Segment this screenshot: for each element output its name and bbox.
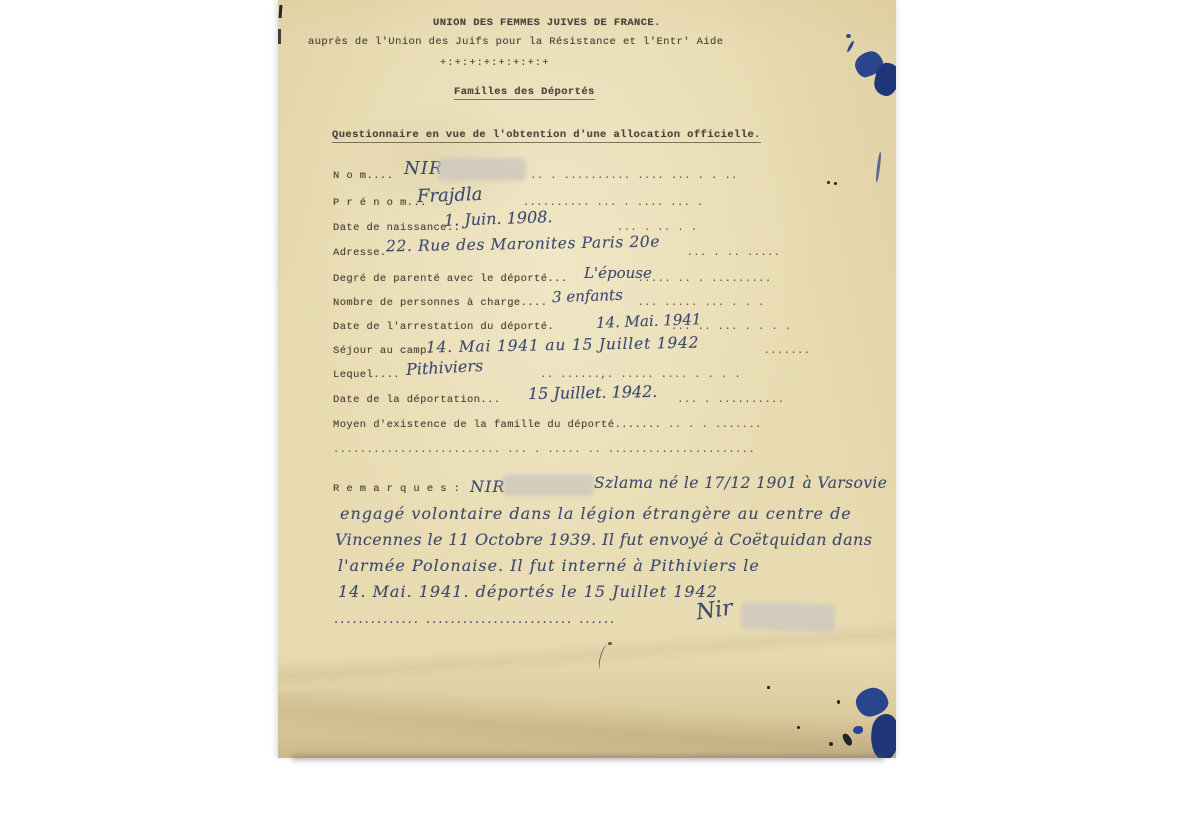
handwritten-deportation: 15 Juillet. 1942.: [528, 382, 658, 403]
handwritten-prenom: Frajdla: [417, 184, 483, 207]
handwritten-remarks-name: NIR: [470, 477, 505, 496]
redaction-signature: [744, 604, 833, 629]
field-row-lequel: Lequel...... ......,. ..... .... . . . .: [333, 369, 741, 381]
ink-dot: [608, 642, 612, 645]
ink-dot: [827, 181, 830, 184]
field-row-moyen: Moyen d'existence de la famille du dépor…: [333, 419, 762, 431]
handwritten-remarks-line5: 14. Mai. 1941. déportés le 15 Juillet 19…: [338, 582, 718, 601]
handwritten-dots-line: .............. ........................ …: [334, 612, 616, 627]
handwritten-charge: 3 enfants: [552, 286, 623, 306]
org-name-line2: auprès de l'Union des Juifs pour la Rési…: [308, 36, 723, 48]
signature: Nir: [694, 596, 734, 626]
ink-dot: [767, 686, 770, 689]
ink-dot: [829, 742, 833, 746]
edge-mark: [279, 5, 283, 18]
handwritten-remarks-line2: engagé volontaire dans la légion étrangè…: [340, 504, 852, 523]
field-row-blank-dots: ......................... ... . ..... ..…: [333, 444, 755, 456]
document-paper-sheet: UNION DES FEMMES JUIVES DE FRANCE. auprè…: [278, 0, 896, 758]
ink-dot: [837, 700, 840, 704]
ink-dot: [834, 182, 837, 185]
divider-ornament: +:+:+:+:+:+:+:+: [440, 57, 550, 69]
handwritten-parente: L'épouse: [584, 264, 652, 282]
edge-mark: [278, 29, 281, 44]
handwritten-arrestation: 14. Mai. 1941: [596, 310, 702, 332]
scanned-document-page: { "header": { "org_line1": "UNION DES FE…: [0, 0, 1180, 816]
handwritten-remarks-line4: l'armée Polonaise. Il fut interné à Pith…: [338, 556, 760, 575]
field-row-parente: Degré de parenté avec le déporté........…: [333, 273, 772, 285]
handwritten-naissance: 1. Juin. 1908.: [444, 207, 553, 230]
ink-blot: [846, 34, 851, 38]
ink-blot: [853, 726, 863, 734]
paper-crease: [278, 690, 896, 758]
document-title: Familles des Déportés: [454, 86, 595, 98]
document-subtitle: Questionnaire en vue de l'obtention d'un…: [332, 129, 761, 141]
org-name-line1: UNION DES FEMMES JUIVES DE FRANCE.: [433, 17, 661, 29]
ink-blot: [846, 40, 855, 53]
handwritten-lequel: Pithiviers: [406, 356, 484, 379]
handwritten-remarks-line3: Vincennes le 11 Octobre 1939. Il fut env…: [335, 530, 872, 549]
field-row-nom: N o m....... .. . .......... .... ... . …: [333, 170, 738, 182]
remarks-label: R e m a r q u e s :: [333, 483, 460, 495]
redaction-remarks-name: [506, 477, 591, 493]
field-row-charge: Nombre de personnes à charge....... ....…: [333, 297, 765, 309]
redaction-nom: [441, 161, 523, 178]
ink-dot: [797, 726, 800, 729]
ink-stroke: [875, 152, 881, 182]
field-row-arrestation: Date de l'arrestation du déporté. ... ..…: [333, 321, 791, 333]
handwritten-remarks-line1: Szlama né le 17/12 1901 à Varsovie: [594, 474, 887, 492]
paper-drop-shadow: [292, 755, 884, 764]
field-row-prenom: P r é n o m............. ... . .... ... …: [333, 197, 704, 209]
